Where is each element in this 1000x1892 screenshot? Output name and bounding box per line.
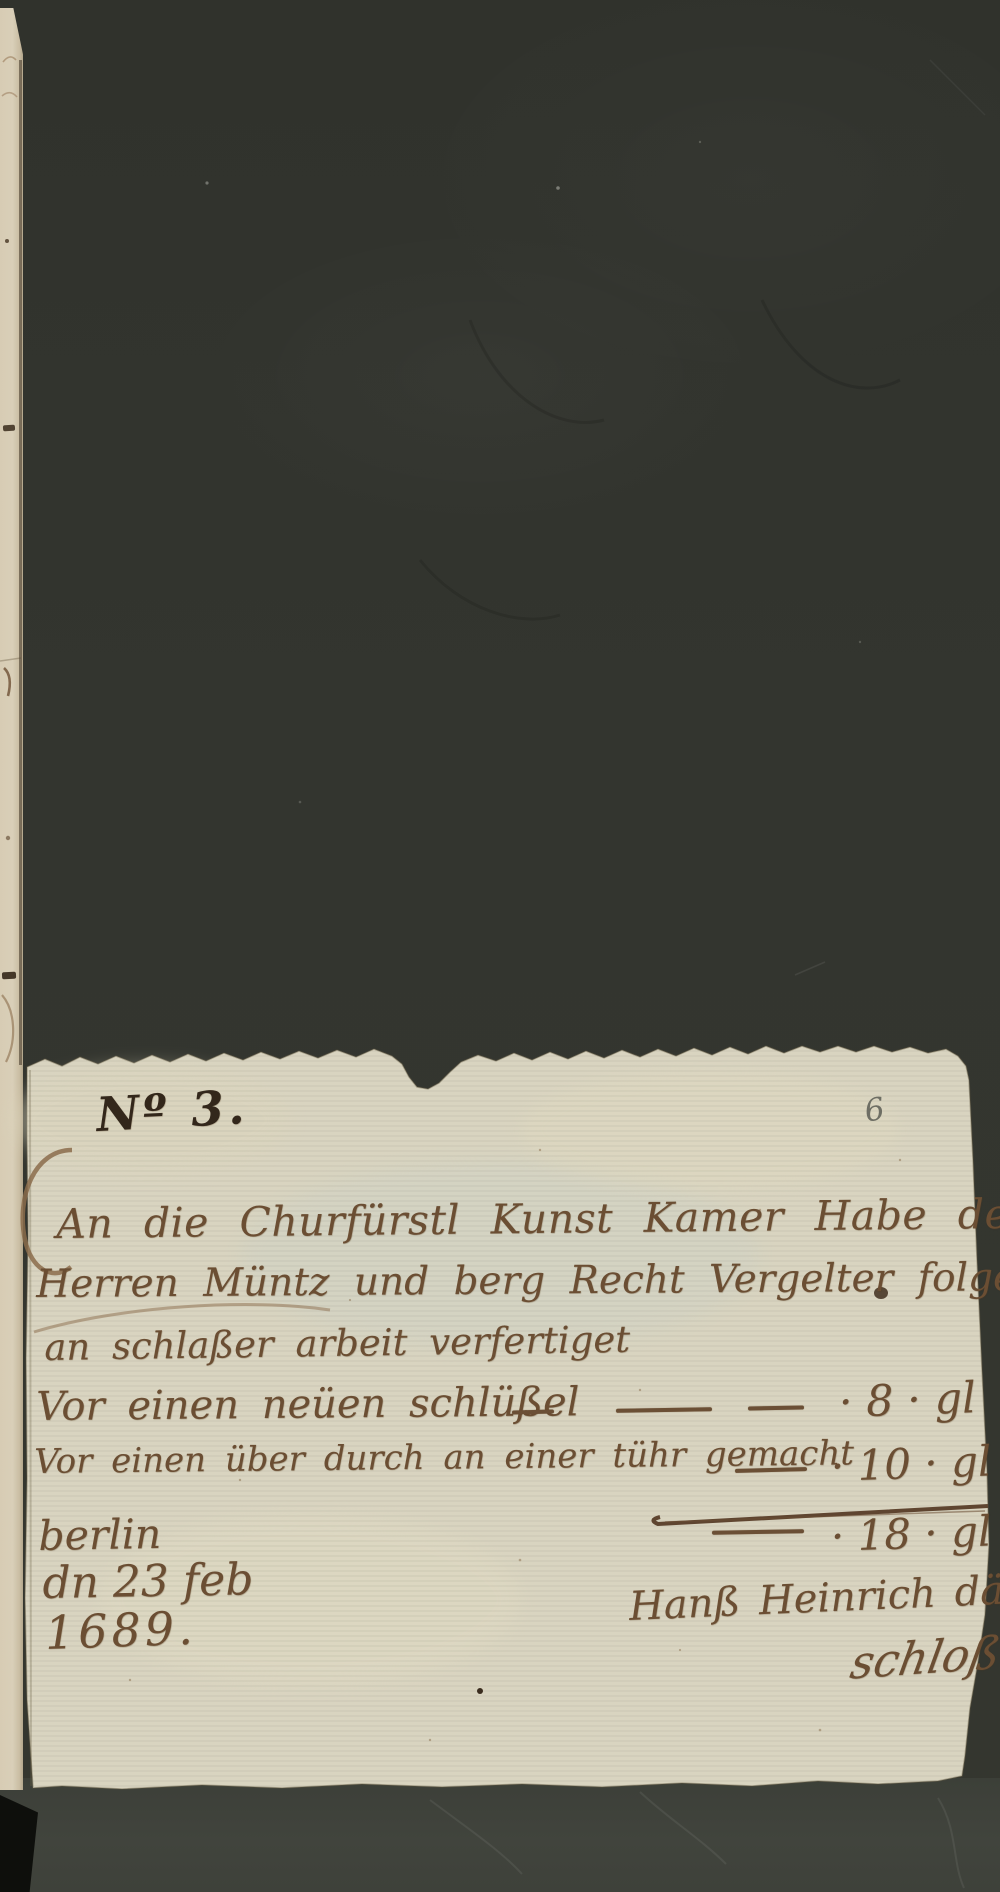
total-amount: · 18 · gl [830, 1506, 992, 1561]
place-name: berlin [38, 1510, 162, 1560]
backing-crease-lines [430, 1792, 964, 1888]
cover-ghost-impressions [420, 300, 900, 619]
item-1-amount: · 8 · gl [838, 1373, 977, 1428]
body-line-3: an schlaßer arbeit verfertiget [44, 1318, 630, 1369]
item-1-description: Vor einen neüen schlüßel [36, 1379, 580, 1430]
stray-ink-dot [477, 1688, 483, 1694]
year-line: 1689. [44, 1601, 197, 1660]
cover-dust-and-scratches [205, 60, 985, 975]
scanned-document-page: Nº 3. 6 An die Churfürstl Kunst Kamer Ha… [0, 0, 1000, 1892]
edge-strip-marks [0, 57, 21, 1062]
date-line: dn 23 feb [42, 1554, 254, 1609]
archival-number: Nº 3. [95, 1080, 250, 1143]
signature-flourish: schloß [847, 1626, 1000, 1690]
body-line-2: Herren Müntz und berg Recht Vergelter fo… [36, 1255, 1000, 1307]
item-2-amount: · 10 · gl [830, 1436, 992, 1491]
body-line-1: An die Churfürstl Kunst Kamer Habe dem [56, 1190, 1000, 1248]
